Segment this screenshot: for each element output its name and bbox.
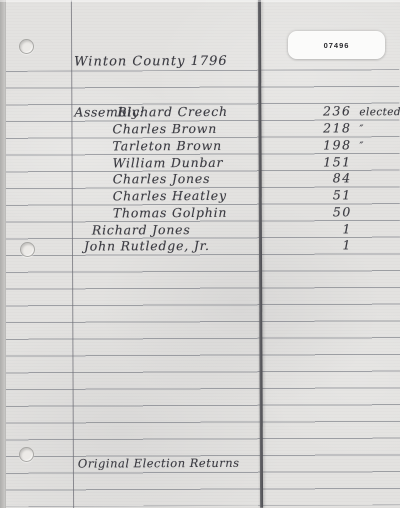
scanned-document-page: Winton County 1796 Assembly: Richard Cre… [0, 0, 400, 508]
ditto-mark: ″ [360, 140, 400, 152]
vote-count: 236 [289, 104, 351, 119]
punch-hole-top [19, 39, 34, 54]
result-row: John Rutledge, Jr. 1 [0, 237, 400, 255]
result-row: Charles Brown 218 ″ [0, 119, 399, 137]
vote-count: 218 [289, 120, 351, 135]
archive-number-sticker: 07496 [288, 31, 385, 59]
result-row: William Dunbar 151 [0, 153, 400, 171]
candidate-name: Richard Creech [117, 104, 228, 119]
candidate-name: William Dunbar [113, 154, 224, 169]
punch-hole-bottom [19, 447, 34, 462]
candidate-name: Thomas Golphin [113, 205, 227, 220]
vote-count: 50 [290, 204, 352, 219]
candidate-name: Charles Jones [113, 171, 211, 186]
election-results-list: Assembly: Richard Creech 236 elected Cha… [0, 103, 400, 255]
result-row: Charles Jones 84 [0, 170, 400, 188]
notebook-sheet: Winton County 1796 Assembly: Richard Cre… [0, 0, 400, 508]
scan-top-edge [0, 0, 400, 2]
result-row: Tarleton Brown 198 ″ [0, 136, 400, 154]
candidate-name: Richard Jones [92, 222, 191, 237]
footer-note: Original Election Returns [78, 455, 240, 473]
archive-number: 07496 [324, 41, 350, 50]
ditto-mark: ″ [359, 123, 399, 135]
punch-hole-middle [20, 242, 35, 257]
result-row: Charles Heatley 51 [0, 186, 400, 204]
paper-left-edge-line [5, 0, 6, 508]
vote-count: 84 [290, 171, 352, 186]
candidate-name: John Rutledge, Jr. [84, 238, 210, 254]
vote-note: elected [359, 106, 399, 118]
candidate-name: Charles Brown [112, 121, 217, 136]
vote-count: 151 [290, 154, 352, 169]
vote-count: 1 [290, 221, 352, 236]
page-title: Winton County 1796 [74, 53, 228, 71]
vote-count: 1 [290, 238, 352, 253]
result-row: Richard Jones 1 [0, 220, 400, 238]
result-row: Thomas Golphin 50 [0, 203, 400, 221]
candidate-name: Charles Heatley [113, 188, 227, 203]
candidate-name: Tarleton Brown [112, 138, 221, 153]
result-row: Assembly: Richard Creech 236 elected [0, 103, 399, 121]
vote-count: 51 [290, 187, 352, 202]
vote-count: 198 [289, 137, 351, 152]
